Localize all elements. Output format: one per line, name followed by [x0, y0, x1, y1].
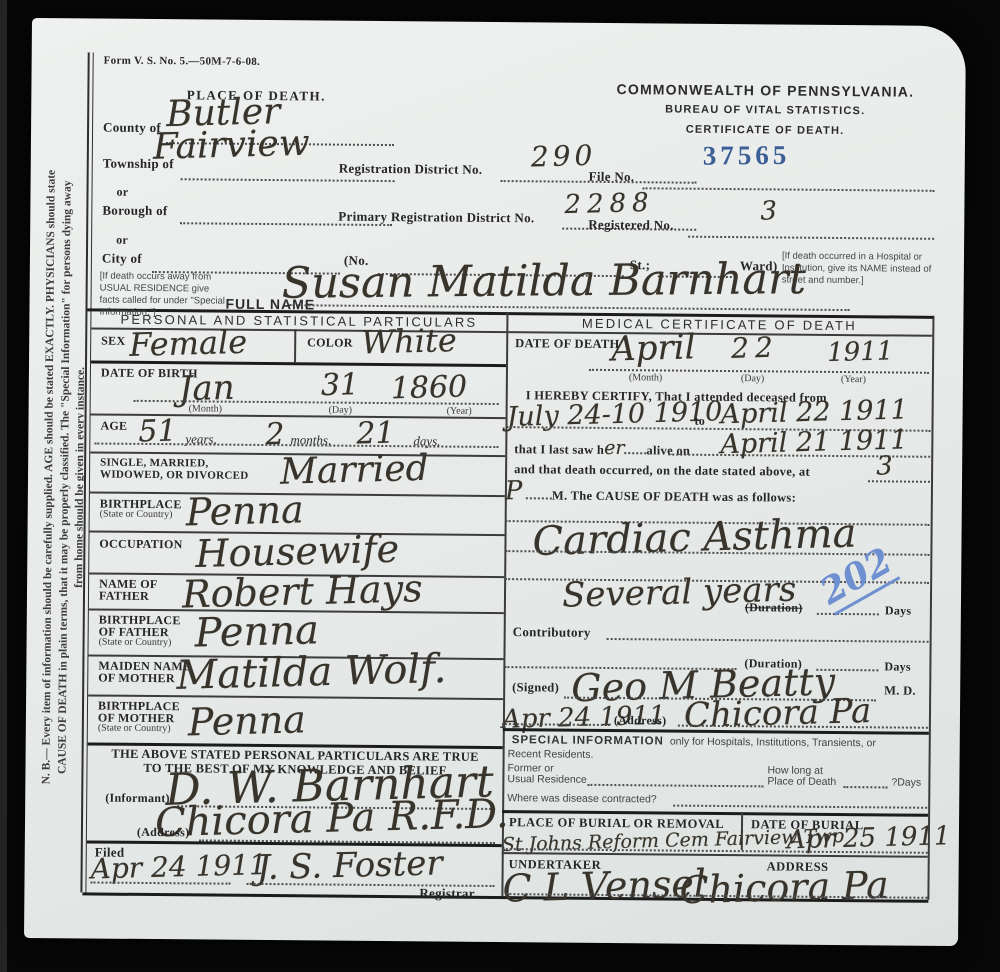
occurred-time-value: 3: [876, 453, 893, 479]
township-value: Fairview: [152, 126, 310, 166]
scanner-edge-strip: [0, 0, 7, 972]
howlong-line: [843, 786, 887, 788]
cause-intro-row: M. The CAUSE OF DEATH was as follows:: [526, 488, 796, 505]
commonwealth-title: COMMONWEALTH OF PENNSYLVANIA.: [591, 81, 939, 100]
alive-on-label: alive on: [646, 443, 690, 458]
registered-no-value: 3: [760, 198, 777, 224]
special-info-text-2: Recent Residents.: [508, 748, 594, 761]
registered-no-line: [688, 236, 934, 240]
contributory-line: [607, 638, 929, 643]
duration-days-cap: Days: [885, 603, 912, 618]
certificate-paper: N. B.— Every item of information should …: [24, 18, 966, 946]
disease-contracted-label: Where was disease contracted?: [507, 792, 657, 805]
occupation-value: Housewife: [195, 530, 400, 573]
special-info-row: SPECIAL INFORMATION only for Hospitals, …: [512, 734, 876, 749]
duration-dots: [817, 613, 879, 616]
former-label-2: Usual Residence: [507, 773, 586, 786]
special-info-text-1: only for Hospitals, Institutions, Transi…: [670, 736, 876, 750]
file-no-line: [643, 187, 935, 192]
marital-value: Married: [280, 451, 430, 491]
mother-bp-value: Penna: [187, 700, 306, 741]
dob-year-value: 1860: [390, 372, 467, 404]
informant-address-label: (Address): [137, 825, 190, 840]
birthplace-cap: (State or Country): [100, 509, 173, 521]
dob-month-cap: (Month): [189, 403, 222, 414]
or-word-1: or: [116, 185, 128, 200]
file-no-value: 37565: [703, 140, 791, 172]
sex-color-divider: [294, 329, 296, 362]
marital-label-1: SINGLE, MARRIED,: [100, 457, 209, 470]
dod-day-cap: (Day): [741, 373, 764, 384]
burial-date-value: Apr 25 1911: [787, 823, 951, 853]
dob-day-value: 31: [320, 370, 359, 401]
md-label: M. D.: [884, 683, 916, 698]
mother-value: Matilda Wolf.: [176, 649, 447, 696]
filed-date-value: Apr 24 1911: [90, 851, 267, 884]
borough-label: Borough of: [102, 203, 167, 220]
registration-district-label: Registration District No.: [339, 161, 483, 178]
meridiem-value: P: [505, 478, 523, 504]
contributory-label: Contributory: [513, 624, 591, 641]
to-word: to: [694, 414, 705, 429]
special-info-title: SPECIAL INFORMATION: [512, 734, 664, 747]
registration-district-value: 290: [530, 142, 596, 172]
cause-intro-label: M. The CAUSE OF DEATH was as follows:: [552, 488, 796, 505]
duration-cap: (Duration): [745, 600, 803, 616]
form-right-border: [927, 316, 934, 900]
form-number: Form V. S. No. 5.—50M-7-6-08.: [104, 55, 261, 68]
attended-to-value: April 22 1911: [720, 396, 908, 428]
age-label: AGE: [100, 419, 127, 434]
dod-year-cap: (Year): [841, 374, 866, 385]
dob-day-cap: (Day): [329, 405, 352, 416]
mother-label-2: OF MOTHER: [98, 671, 175, 687]
color-value: White: [361, 324, 457, 358]
former-residence-line: [587, 784, 763, 788]
occupation-label: OCCUPATION: [99, 537, 182, 553]
howlong-label-2: Place of Death: [767, 775, 836, 788]
mother-bp-cap: (State or Country): [98, 723, 171, 735]
sex-value: Female: [129, 326, 248, 361]
color-label: COLOR: [307, 335, 353, 350]
last-saw-label: that I last saw h: [514, 442, 604, 458]
duration2-days-cap: Days: [884, 659, 911, 674]
registrar-signature: J. S. Foster: [256, 846, 443, 885]
father-bp-cap: (State or Country): [99, 637, 172, 649]
last-saw-row: that I last saw h er alive on: [514, 436, 690, 460]
dod-month-value: April: [611, 330, 696, 366]
father-bp-value: Penna: [194, 610, 319, 653]
disease-contracted-line: [673, 805, 927, 809]
dob-year-cap: (Year): [447, 406, 472, 417]
undertaker-value: C L Vensel: [502, 864, 706, 907]
last-saw-dots: [624, 452, 646, 454]
dod-day-value: 22: [731, 334, 779, 363]
birthplace-value: Penna: [185, 490, 304, 531]
or-word-2: or: [116, 233, 128, 248]
signed-label: (Signed): [512, 680, 559, 695]
sex-label: SEX: [101, 334, 125, 349]
primary-district-value: 2288: [564, 190, 655, 218]
marital-label-2: WIDOWED, OR DIVORCED: [100, 469, 249, 482]
full-name-value: Susan Matilda Barnhart: [282, 258, 807, 306]
primary-district-label: Primary Registration District No.: [338, 209, 534, 227]
last-saw-pronoun: er: [604, 437, 625, 459]
bureau-title: BUREAU OF VITAL STATISTICS.: [591, 103, 939, 118]
city-label: City of: [102, 251, 142, 267]
dod-month-cap: (Month): [629, 372, 662, 383]
occurred-label: and that death occurred, on the date sta…: [514, 462, 810, 480]
meridiem-dots: [526, 497, 552, 499]
certificate-title: CERTIFICATE OF DEATH.: [591, 123, 939, 138]
howlong-days-label: ?Days: [891, 776, 921, 788]
file-no-label: File No.: [589, 169, 635, 185]
occurred-line: [868, 480, 930, 483]
registered-no-label: Registered No.: [588, 217, 674, 234]
father-label-2: FATHER: [99, 589, 149, 604]
dod-year-value: 1911: [827, 338, 894, 366]
registrar-label: Registrar: [419, 885, 475, 901]
township-line: [181, 178, 395, 182]
undertaker-address-value: Chicora Pa: [679, 866, 889, 909]
dod-label: DATE OF DEATH: [515, 336, 620, 352]
sign-address-label: (Address): [614, 713, 667, 728]
informant-address-value: Chicora Pa R.F.D.: [155, 794, 509, 843]
